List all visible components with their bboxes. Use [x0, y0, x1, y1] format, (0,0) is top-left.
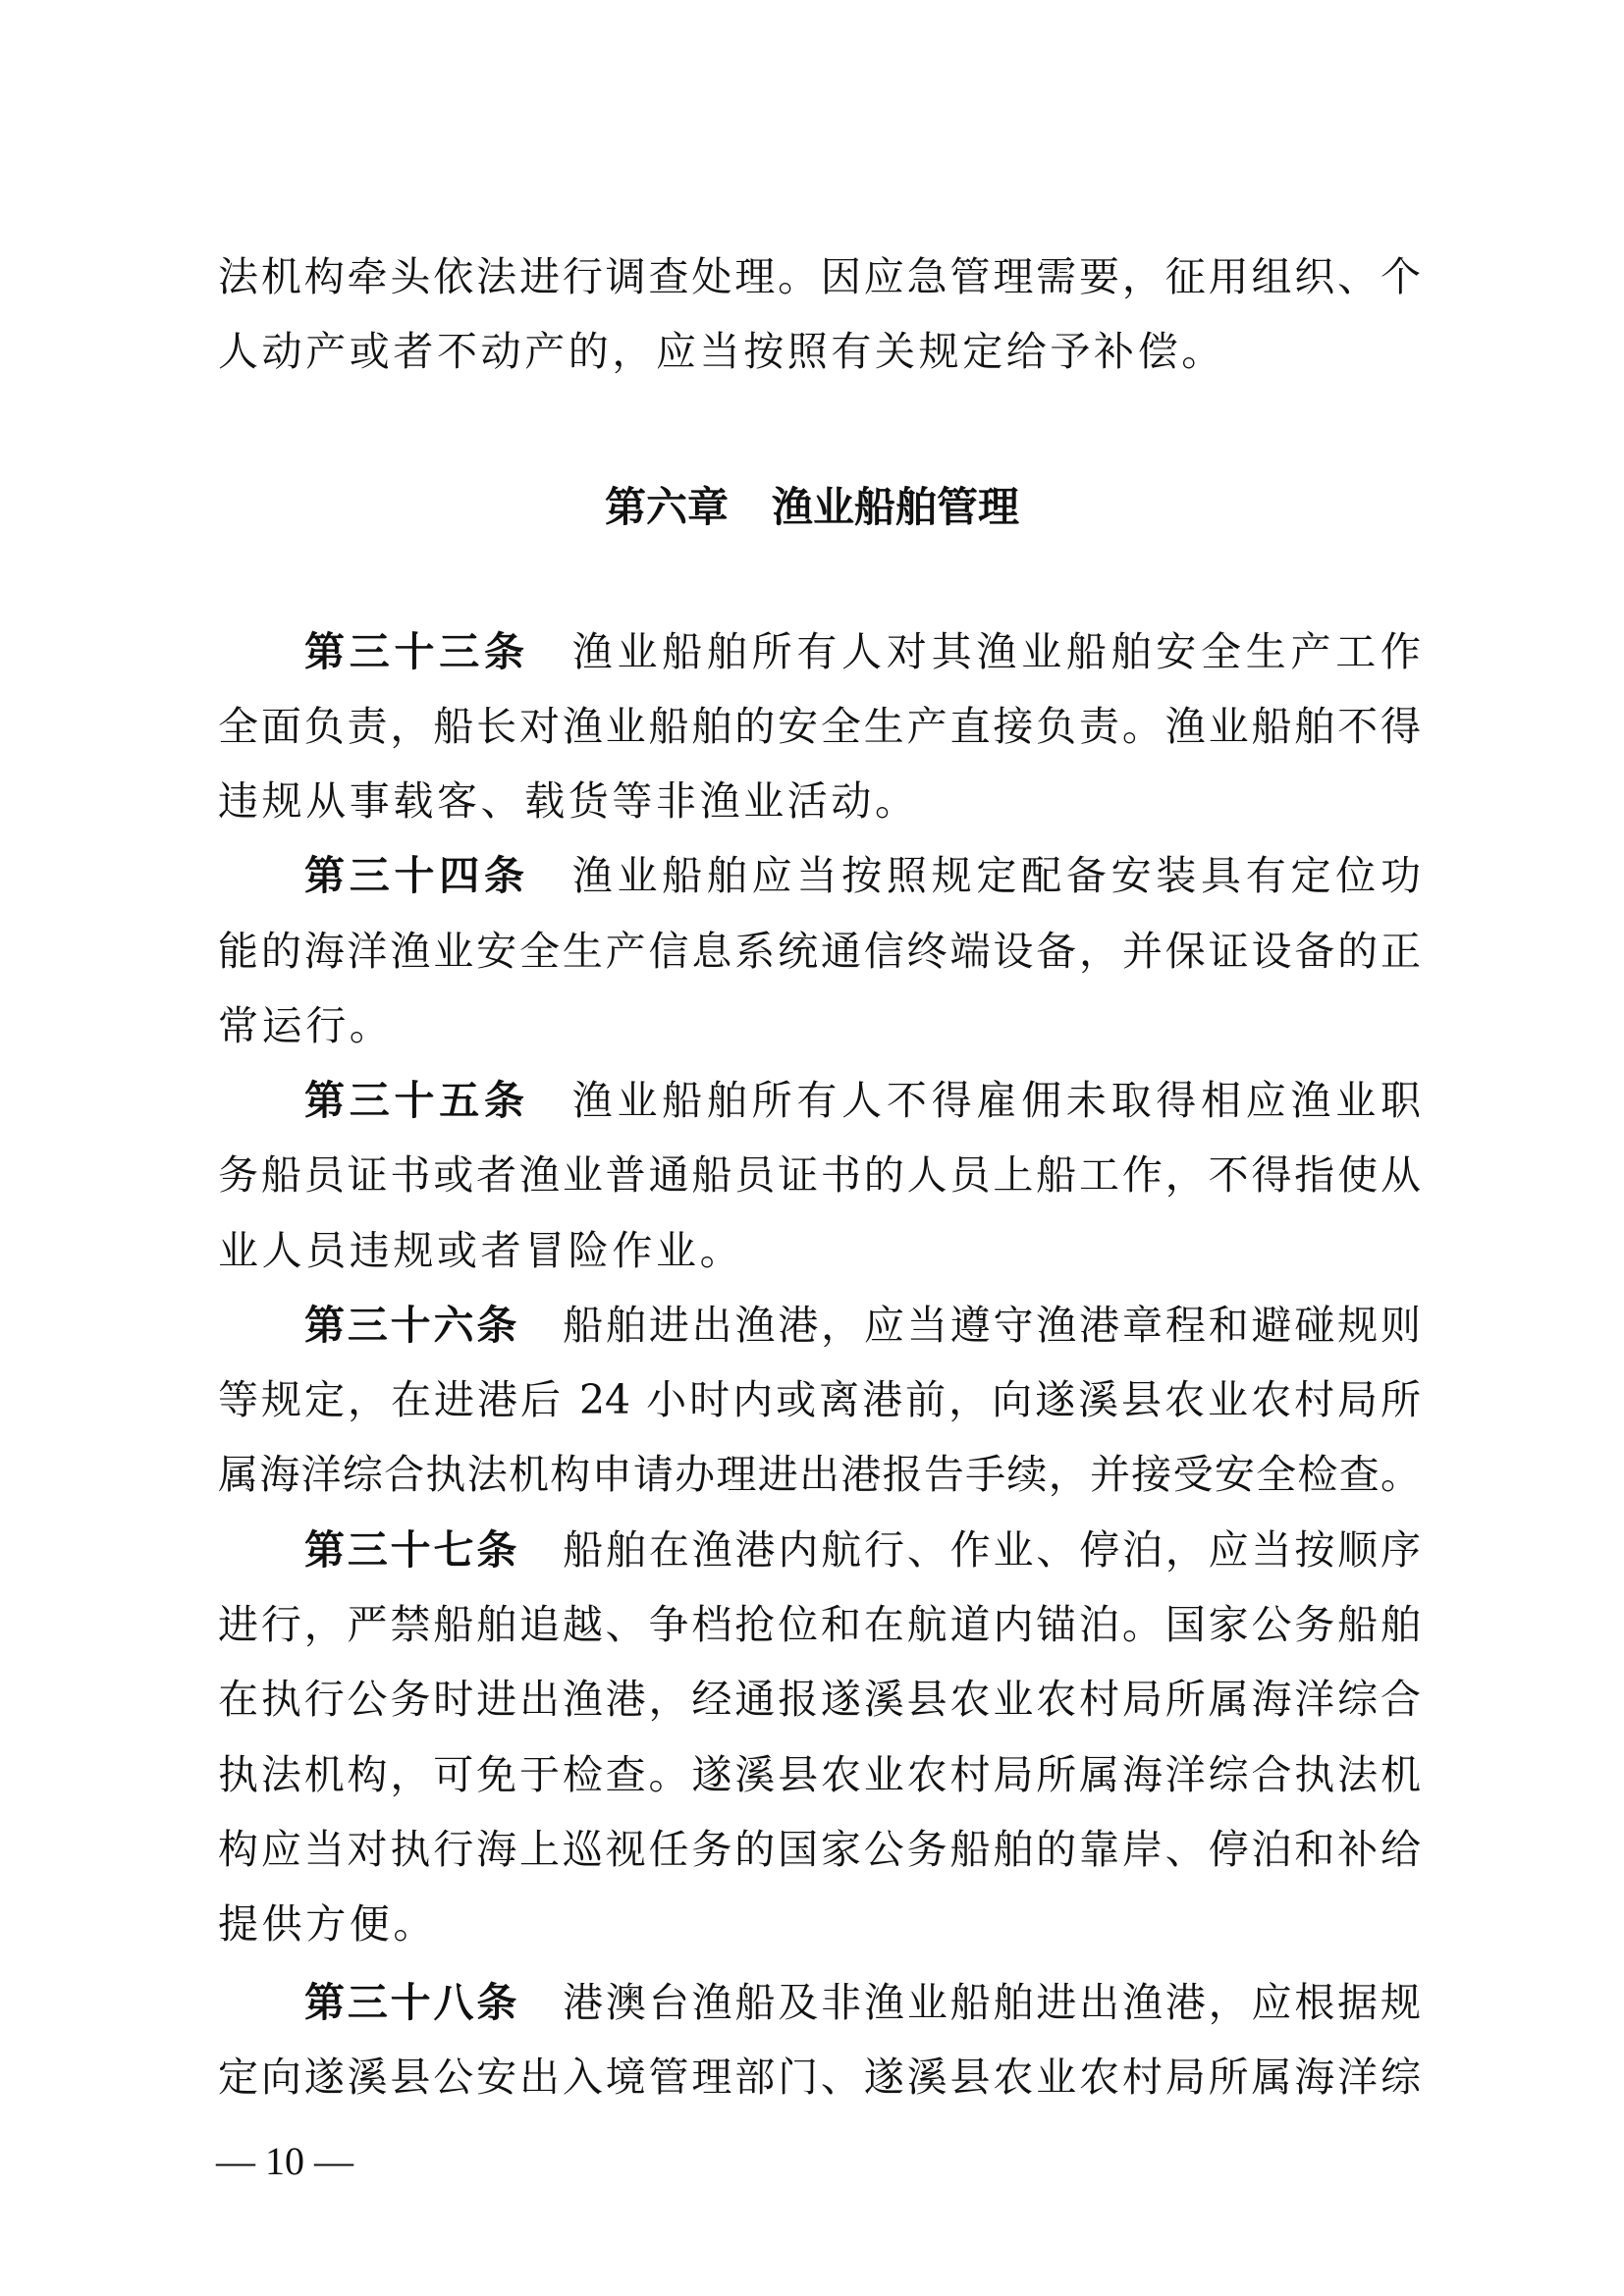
article-label: 第三十六条 — [304, 1302, 519, 1349]
article-line: 业人员违规或者冒险作业。 — [218, 1227, 1421, 1302]
article-text: 渔业船舶所有人不得雇佣未取得相应渔业职 — [572, 1077, 1421, 1124]
article-line: 提供方便。 — [218, 1900, 1421, 1975]
page-number: — 10 — — [216, 2140, 353, 2183]
paragraph-line: 法机构牵头依法进行调查处理。因应急管理需要，征用组织、个 — [218, 253, 1421, 328]
paragraph-line: 人动产或者不动产的，应当按照有关规定给予补偿。 — [218, 328, 1421, 402]
article-line: 违规从事载客、载货等非渔业活动。 — [218, 777, 1421, 852]
article-label: 第三十四条 — [304, 852, 529, 899]
article-text: 船舶在渔港内航行、作业、停泊，应当按顺序 — [563, 1526, 1421, 1574]
article-text: 港澳台渔船及非渔业船舶进出渔港，应根据规 — [563, 1979, 1421, 2026]
article-label: 第三十五条 — [304, 1077, 529, 1124]
article-first-line: 第三十七条船舶在渔港内航行、作业、停泊，应当按顺序 — [218, 1526, 1421, 1601]
chapter-title: 渔业船舶管理 — [772, 483, 1019, 531]
article-line: 执法机构，可免于检查。遂溪县农业农村局所属海洋综合执法机 — [218, 1751, 1421, 1826]
article-line: 定向遂溪县公安出入境管理部门、遂溪县农业农村局所属海洋综 — [218, 2054, 1421, 2128]
article-line: 等规定，在进港后 24 小时内或离港前，向遂溪县农业农村局所 — [218, 1376, 1421, 1451]
article-line: 务船员证书或者渔业普通船员证书的人员上船工作，不得指使从 — [218, 1151, 1421, 1226]
article-line: 全面负责，船长对渔业船舶的安全生产直接负责。渔业船舶不得 — [218, 703, 1421, 777]
article-line: 在执行公务时进出渔港，经通报遂溪县农业农村局所属海洋综合 — [218, 1676, 1421, 1750]
article-first-line: 第三十六条船舶进出渔港，应当遵守渔港章程和避碰规则 — [218, 1302, 1421, 1376]
article-line: 常运行。 — [218, 1002, 1421, 1077]
article-first-line: 第三十三条渔业船舶所有人对其渔业船舶安全生产工作 — [218, 628, 1421, 703]
article-first-line: 第三十四条渔业船舶应当按照规定配备安装具有定位功 — [218, 852, 1421, 927]
document-page: 法机构牵头依法进行调查处理。因应急管理需要，征用组织、个 人动产或者不动产的，应… — [0, 0, 1624, 2296]
article-label: 第三十七条 — [304, 1526, 519, 1574]
article-first-line: 第三十八条港澳台渔船及非渔业船舶进出渔港，应根据规 — [218, 1979, 1421, 2054]
chapter-heading: 第六章渔业船舶管理 — [0, 484, 1624, 531]
article-label: 第三十八条 — [304, 1979, 519, 2026]
article-first-line: 第三十五条渔业船舶所有人不得雇佣未取得相应渔业职 — [218, 1077, 1421, 1151]
article-line: 构应当对执行海上巡视任务的国家公务船舶的靠岸、停泊和补给 — [218, 1826, 1421, 1900]
article-text: 渔业船舶应当按照规定配备安装具有定位功 — [572, 852, 1421, 899]
article-line: 进行，严禁船舶追越、争档抢位和在航道内锚泊。国家公务船舶 — [218, 1601, 1421, 1676]
article-text: 渔业船舶所有人对其渔业船舶安全生产工作 — [572, 628, 1421, 675]
article-text: 船舶进出渔港，应当遵守渔港章程和避碰规则 — [563, 1302, 1421, 1349]
article-label: 第三十三条 — [304, 628, 529, 675]
article-line: 属海洋综合执法机构申请办理进出港报告手续，并接受安全检查。 — [218, 1451, 1421, 1525]
chapter-number: 第六章 — [605, 483, 729, 531]
article-line: 能的海洋渔业安全生产信息系统通信终端设备，并保证设备的正 — [218, 928, 1421, 1002]
